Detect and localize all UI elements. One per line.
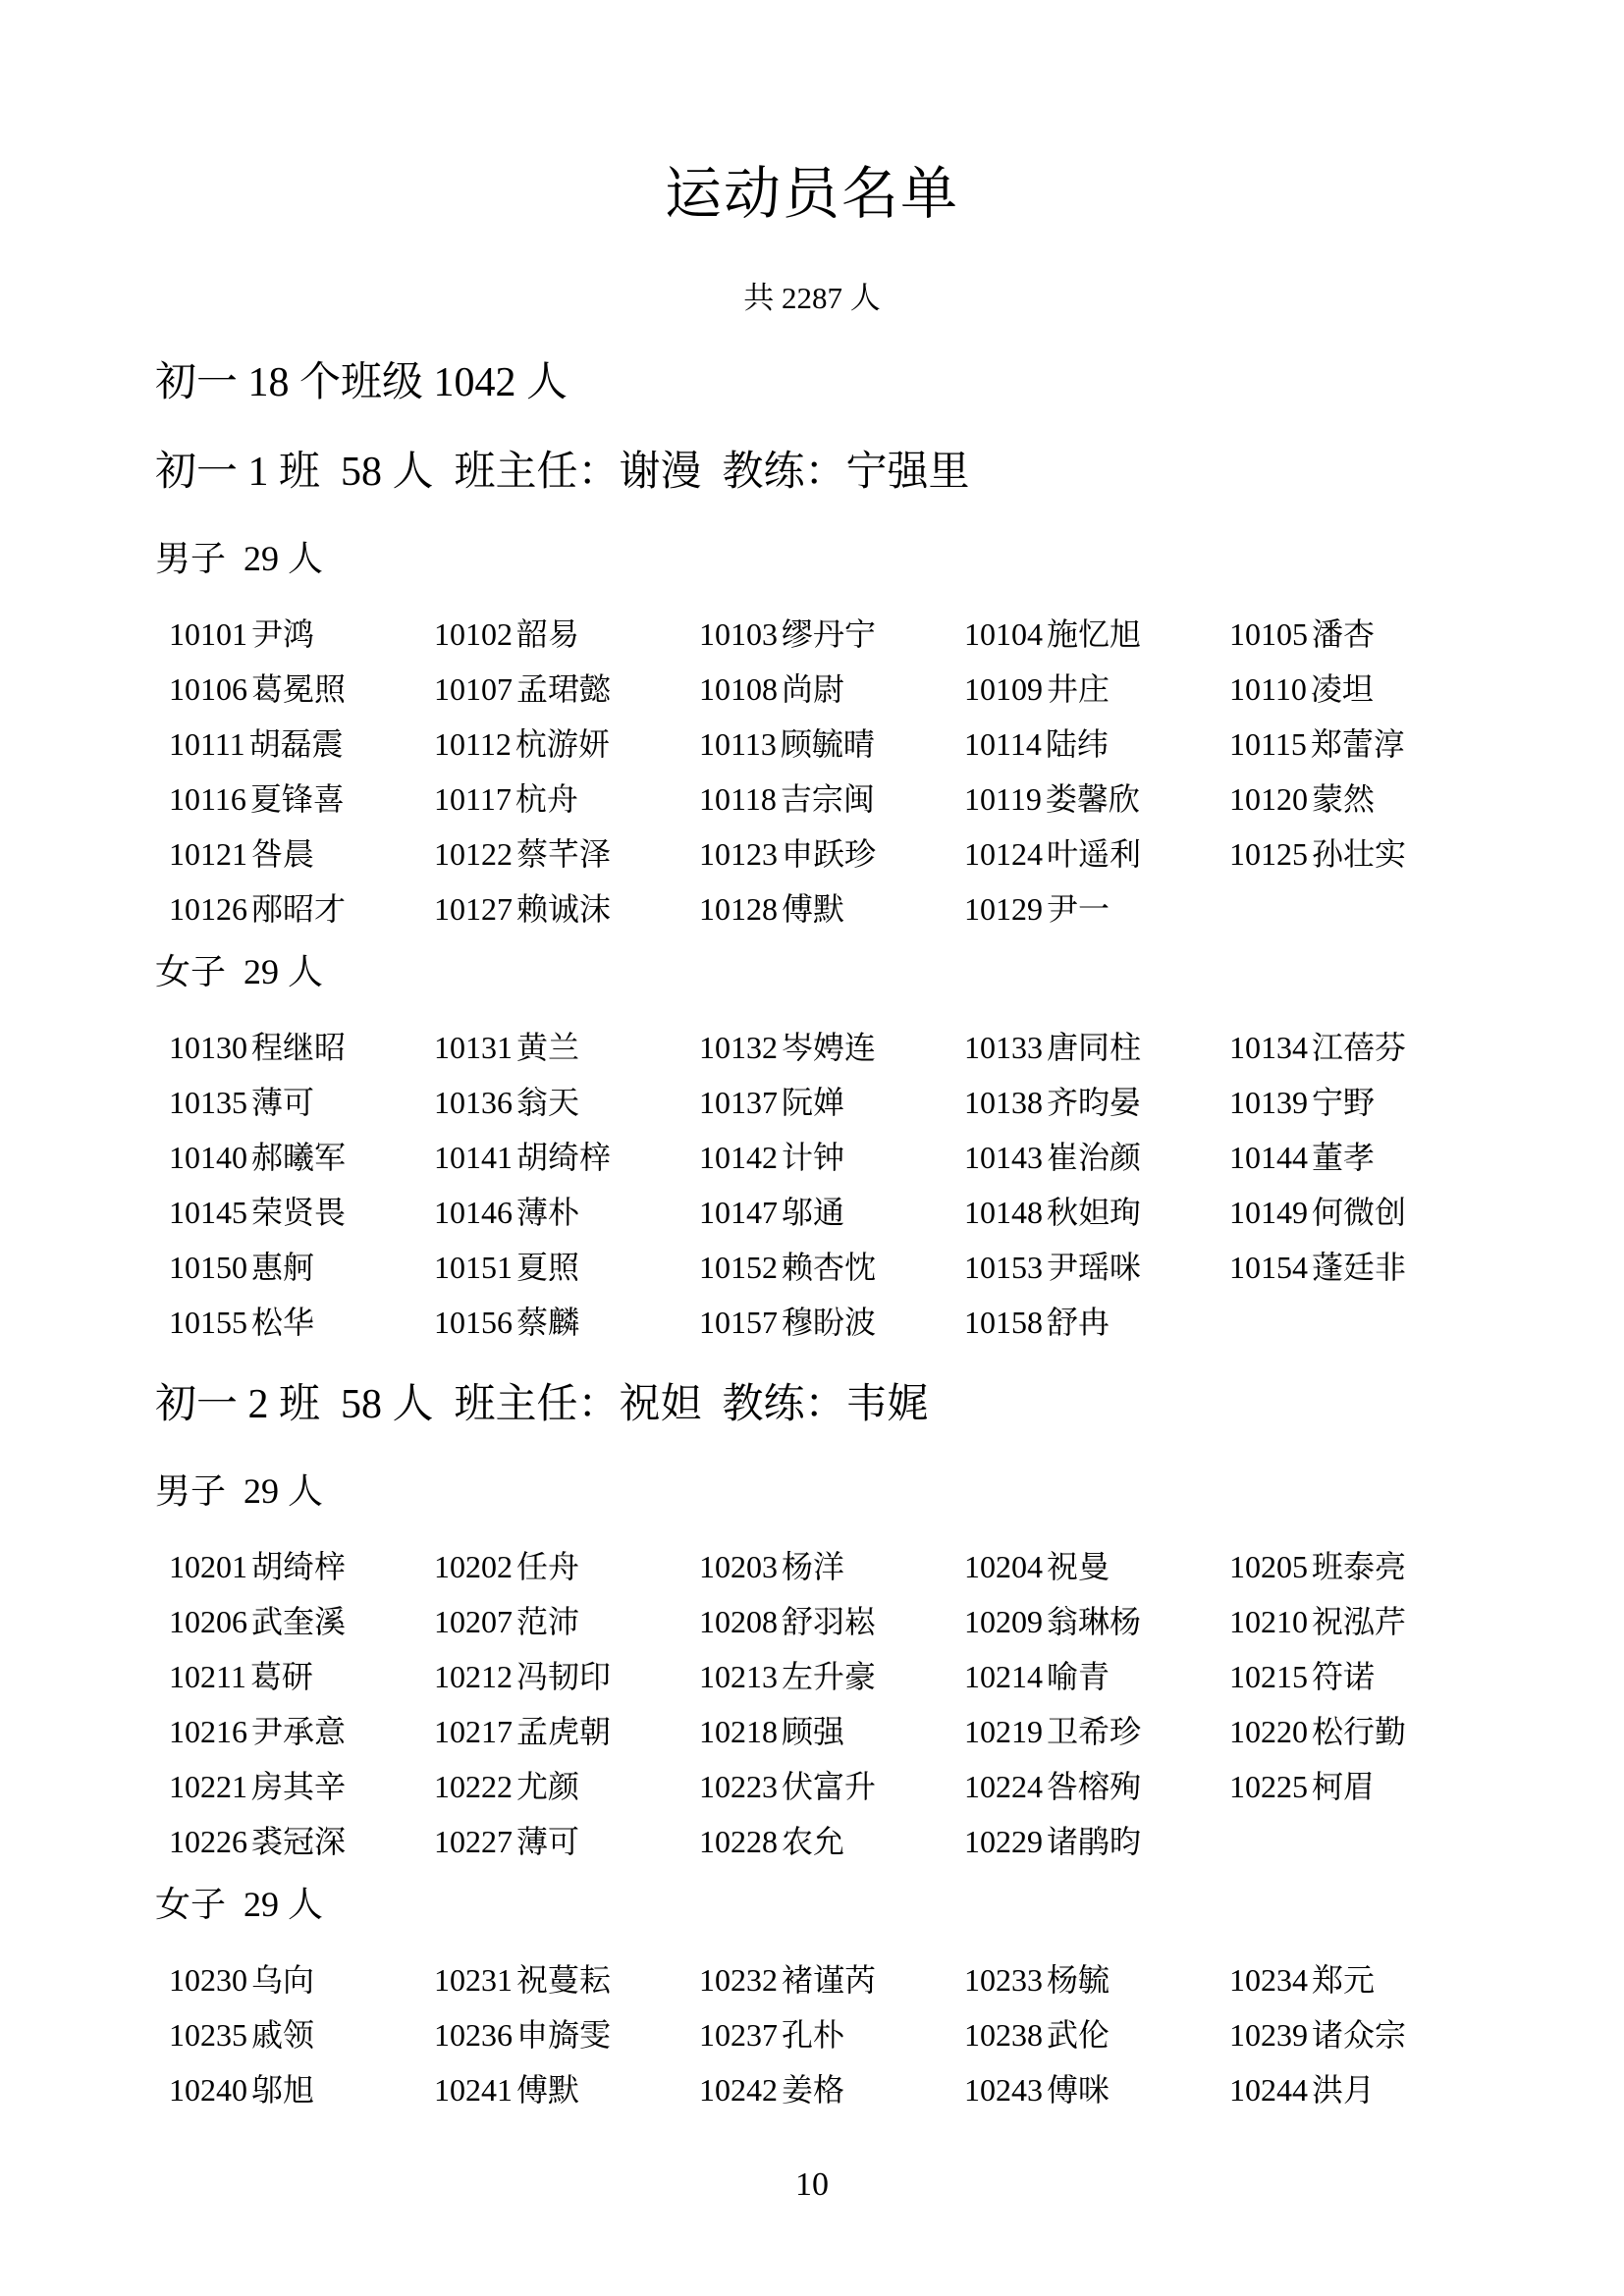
athlete-name: 伏富升	[782, 1769, 876, 1804]
athlete-name: 郑蕾淳	[1311, 726, 1405, 762]
roster-row: 10240邬旭10241傅默10242姜格10243傅咪10244洪月	[169, 2062, 1494, 2117]
athlete-entry: 10215符诺	[1229, 1649, 1494, 1704]
athlete-entry: 10216尹承意	[169, 1704, 434, 1759]
athlete-number: 10232	[699, 1962, 778, 1998]
roster-row: 10116夏锋喜10117杭舟10118吉宗闽10119娄馨欣10120蒙然	[169, 772, 1494, 827]
athlete-number: 10211	[169, 1659, 246, 1694]
athlete-number: 10133	[964, 1030, 1043, 1065]
athlete-entry: 10122蔡芊泽	[434, 827, 699, 881]
athlete-entry: 10127赖诚沫	[434, 881, 699, 936]
athlete-number: 10158	[964, 1305, 1043, 1340]
roster-row: 10126邴昭才10127赖诚沫10128傅默10129尹一	[169, 881, 1494, 936]
athlete-number: 10106	[169, 671, 247, 707]
athlete-name: 傅默	[516, 2072, 579, 2108]
athlete-number: 10242	[699, 2072, 778, 2108]
athlete-number: 10213	[699, 1659, 778, 1694]
athlete-number: 10227	[434, 1824, 513, 1859]
athlete-entry: 10117杭舟	[434, 772, 699, 827]
athlete-entry: 10222尤颜	[434, 1759, 699, 1814]
athlete-entry: 10158舒冉	[964, 1295, 1229, 1350]
athlete-name: 裘冠深	[251, 1824, 346, 1859]
athlete-name: 戚领	[251, 2017, 314, 2053]
athlete-entry: 10213左升豪	[699, 1649, 964, 1704]
roster-row: 10140郝曦军10141胡绮梓10142计钟10143崔治颜10144董孝	[169, 1130, 1494, 1185]
athlete-entry: 10101尹鸿	[169, 607, 434, 662]
athlete-entry: 10208舒羽崧	[699, 1594, 964, 1649]
athlete-name: 秋妲珣	[1047, 1195, 1141, 1230]
athlete-number: 10142	[699, 1140, 778, 1175]
athlete-entry: 10121咎晨	[169, 827, 434, 881]
roster-boys: 10101尹鸿10102韶易10103缪丹宁10104施忆旭10105潘杏101…	[169, 607, 1494, 936]
athlete-entry: 10201胡绮梓	[169, 1539, 434, 1594]
athlete-entry: 10207范沛	[434, 1594, 699, 1649]
athlete-name: 韶易	[516, 616, 579, 652]
athlete-number: 10109	[964, 671, 1043, 707]
athlete-number: 10235	[169, 2017, 247, 2053]
athlete-entry: 10144董孝	[1229, 1130, 1494, 1185]
athlete-name: 穆盼波	[782, 1305, 876, 1340]
athlete-name: 孟虎朝	[516, 1714, 611, 1749]
athlete-number: 10152	[699, 1250, 778, 1285]
class-heading: 初一 1 班 58 人 班主任：谢漫 教练：宁强里	[155, 445, 970, 500]
athlete-number: 10140	[169, 1140, 247, 1175]
athlete-entry: 10205班泰亮	[1229, 1539, 1494, 1594]
athlete-entry: 10139宁野	[1229, 1075, 1494, 1130]
athlete-name: 傅咪	[1047, 2072, 1110, 2108]
athlete-name: 符诺	[1312, 1659, 1375, 1694]
athlete-name: 尚尉	[782, 671, 844, 707]
athlete-name: 惠舸	[251, 1250, 314, 1285]
athlete-number: 10234	[1229, 1962, 1308, 1998]
athlete-number: 10136	[434, 1085, 513, 1120]
athlete-number: 10125	[1229, 836, 1308, 872]
athlete-number: 10123	[699, 836, 778, 872]
athlete-number: 10225	[1229, 1769, 1308, 1804]
boys-heading: 男子 29 人	[155, 535, 323, 582]
athlete-entry: 10106葛冕照	[169, 662, 434, 717]
athlete-entry: 10227薄可	[434, 1814, 699, 1869]
athlete-entry: 10111胡磊震	[169, 717, 434, 772]
athlete-number: 10210	[1229, 1604, 1308, 1639]
athlete-name: 褚谨芮	[782, 1962, 876, 1998]
athlete-number: 10236	[434, 2017, 513, 2053]
athlete-entry: 10147邬通	[699, 1185, 964, 1240]
athlete-number: 10134	[1229, 1030, 1308, 1065]
athlete-name: 程继昭	[251, 1030, 346, 1065]
athlete-name: 薄朴	[516, 1195, 579, 1230]
athlete-entry: 10131黄兰	[434, 1020, 699, 1075]
athlete-name: 葛研	[250, 1659, 313, 1694]
athlete-entry: 10104施忆旭	[964, 607, 1229, 662]
athlete-entry: 10114陆纬	[964, 717, 1229, 772]
roster-girls: 10230乌向10231祝蔓耘10232褚谨芮10233杨毓10234郑元102…	[169, 1952, 1494, 2117]
athlete-entry: 10133唐同柱	[964, 1020, 1229, 1075]
athlete-name: 尤颜	[516, 1769, 579, 1804]
athlete-number: 10115	[1229, 726, 1307, 762]
athlete-name: 尹鸿	[251, 616, 314, 652]
athlete-entry: 10217孟虎朝	[434, 1704, 699, 1759]
athlete-number: 10208	[699, 1604, 778, 1639]
athlete-name: 江蓓芬	[1312, 1030, 1406, 1065]
athlete-name: 洪月	[1312, 2072, 1375, 2108]
boys-heading: 男子 29 人	[155, 1468, 323, 1515]
athlete-number: 10114	[964, 726, 1042, 762]
athlete-name: 喻青	[1047, 1659, 1110, 1694]
athlete-entry: 10105潘杏	[1229, 607, 1494, 662]
athlete-number: 10148	[964, 1195, 1043, 1230]
athlete-entry: 10126邴昭才	[169, 881, 434, 936]
athlete-name: 房其辛	[251, 1769, 346, 1804]
athlete-entry: 10235戚领	[169, 2007, 434, 2062]
athlete-number: 10119	[964, 781, 1042, 817]
athlete-entry: 10239诸众宗	[1229, 2007, 1494, 2062]
athlete-name: 葛冕照	[251, 671, 346, 707]
athlete-entry: 10108尚尉	[699, 662, 964, 717]
athlete-number: 10233	[964, 1962, 1043, 1998]
athlete-name: 计钟	[782, 1140, 844, 1175]
athlete-name: 顾强	[782, 1714, 844, 1749]
athlete-entry: 10211葛研	[169, 1649, 434, 1704]
athlete-number: 10146	[434, 1195, 513, 1230]
athlete-name: 乌向	[251, 1962, 314, 1998]
athlete-name: 岑娉连	[782, 1030, 876, 1065]
athlete-name: 申旖雯	[516, 2017, 611, 2053]
girls-heading: 女子 29 人	[155, 1881, 323, 1928]
athlete-name: 蒙然	[1312, 781, 1375, 817]
athlete-name: 翁天	[516, 1085, 579, 1120]
athlete-name: 傅默	[782, 891, 844, 927]
athlete-name: 顾毓晴	[781, 726, 875, 762]
athlete-number: 10216	[169, 1714, 247, 1749]
page-title: 运动员名单	[0, 160, 1624, 229]
athlete-entry: 10240邬旭	[169, 2062, 434, 2117]
athlete-entry: 10124叶遥利	[964, 827, 1229, 881]
athlete-name: 郑元	[1312, 1962, 1375, 1998]
athlete-number: 10223	[699, 1769, 778, 1804]
athlete-entry: 10226裘冠深	[169, 1814, 434, 1869]
athlete-entry: 10231祝蔓耘	[434, 1952, 699, 2007]
athlete-name: 武奎溪	[251, 1604, 346, 1639]
athlete-name: 赖杏忱	[782, 1250, 876, 1285]
athlete-name: 尹承意	[251, 1714, 346, 1749]
athlete-entry: 10232褚谨芮	[699, 1952, 964, 2007]
athlete-number: 10121	[169, 836, 247, 872]
roster-row: 10130程继昭10131黄兰10132岑娉连10133唐同柱10134江蓓芬	[169, 1020, 1494, 1075]
roster-row: 10111胡磊震10112杭游妍10113顾毓晴10114陆纬10115郑蕾淳	[169, 717, 1494, 772]
athlete-name: 邬旭	[251, 2072, 314, 2108]
athlete-number: 10145	[169, 1195, 247, 1230]
athlete-number: 10207	[434, 1604, 513, 1639]
athlete-name: 武伦	[1047, 2017, 1110, 2053]
athlete-name: 申跃珍	[782, 836, 876, 872]
athlete-number: 10219	[964, 1714, 1043, 1749]
athlete-entry: 10154蓬廷非	[1229, 1240, 1494, 1295]
athlete-name: 姜格	[782, 2072, 844, 2108]
athlete-name: 邬通	[782, 1195, 844, 1230]
athlete-number: 10112	[434, 726, 512, 762]
athlete-number: 10107	[434, 671, 513, 707]
athlete-entry: 10129尹一	[964, 881, 1229, 936]
athlete-entry: 10237孔朴	[699, 2007, 964, 2062]
athlete-name: 杨洋	[782, 1549, 844, 1584]
athlete-entry: 10155松华	[169, 1295, 434, 1350]
athlete-number: 10118	[699, 781, 777, 817]
athlete-number: 10201	[169, 1549, 247, 1584]
roster-row: 10135薄可10136翁天10137阮婵10138齐昀晏10139宁野	[169, 1075, 1494, 1130]
athlete-entry: 10203杨洋	[699, 1539, 964, 1594]
athlete-number: 10150	[169, 1250, 247, 1285]
athlete-entry: 10230乌向	[169, 1952, 434, 2007]
athlete-name: 胡绮梓	[516, 1140, 611, 1175]
athlete-entry: 10125孙壮实	[1229, 827, 1494, 881]
athlete-entry: 10228农允	[699, 1814, 964, 1869]
athlete-entry: 10202任舟	[434, 1539, 699, 1594]
athlete-number: 10205	[1229, 1549, 1308, 1584]
athlete-entry: 10103缪丹宁	[699, 607, 964, 662]
athlete-number: 10154	[1229, 1250, 1308, 1285]
athlete-number: 10144	[1229, 1140, 1308, 1175]
athlete-number: 10139	[1229, 1085, 1308, 1120]
roster-row: 10106葛冕照10107孟珺懿10108尚尉10109井庄10110凌坦	[169, 662, 1494, 717]
athlete-name: 唐同柱	[1047, 1030, 1141, 1065]
athlete-entry: 10218顾强	[699, 1704, 964, 1759]
athlete-name: 凌坦	[1311, 671, 1374, 707]
roster-row: 10145荣贤畏10146薄朴10147邬通10148秋妲珣10149何微创	[169, 1185, 1494, 1240]
athlete-entry: 10223伏富升	[699, 1759, 964, 1814]
athlete-entry: 10113顾毓晴	[699, 717, 964, 772]
athlete-number: 10147	[699, 1195, 778, 1230]
athlete-entry: 10112杭游妍	[434, 717, 699, 772]
athlete-name: 荣贤畏	[251, 1195, 346, 1230]
athlete-entry: 10210祝泓芹	[1229, 1594, 1494, 1649]
athlete-number: 10239	[1229, 2017, 1308, 2053]
athlete-name: 董孝	[1312, 1140, 1375, 1175]
athlete-number: 10204	[964, 1549, 1043, 1584]
athlete-name: 冯韧印	[516, 1659, 611, 1694]
athlete-name: 蔡麟	[516, 1305, 579, 1340]
athlete-name: 松行勤	[1312, 1714, 1406, 1749]
athlete-number: 10209	[964, 1604, 1043, 1639]
athlete-number: 10230	[169, 1962, 247, 1998]
athlete-name: 卫希珍	[1047, 1714, 1141, 1749]
roster-row: 10201胡绮梓10202任舟10203杨洋10204祝曼10205班泰亮	[169, 1539, 1494, 1594]
page-number: 10	[0, 2163, 1624, 2207]
athlete-name: 薄可	[516, 1824, 579, 1859]
athlete-entry: 10242姜格	[699, 2062, 964, 2117]
athlete-name: 夏照	[516, 1250, 579, 1285]
athlete-entry: 10204祝曼	[964, 1539, 1229, 1594]
athlete-entry: 10234郑元	[1229, 1952, 1494, 2007]
athlete-entry: 10224咎榕殉	[964, 1759, 1229, 1814]
athlete-number: 10153	[964, 1250, 1043, 1285]
athlete-number: 10212	[434, 1659, 513, 1694]
athlete-name: 祝曼	[1047, 1549, 1110, 1584]
athlete-number: 10104	[964, 616, 1043, 652]
athlete-name: 齐昀晏	[1047, 1085, 1141, 1120]
athlete-name: 何微创	[1312, 1195, 1406, 1230]
athlete-number: 10131	[434, 1030, 513, 1065]
athlete-entry: 10209翁琳杨	[964, 1594, 1229, 1649]
athlete-name: 班泰亮	[1312, 1549, 1406, 1584]
class-heading: 初一 2 班 58 人 班主任：祝妲 教练：韦娓	[155, 1377, 929, 1432]
athlete-entry: 10206武奎溪	[169, 1594, 434, 1649]
athlete-name: 吉宗闽	[781, 781, 875, 817]
roster-boys: 10201胡绮梓10202任舟10203杨洋10204祝曼10205班泰亮102…	[169, 1539, 1494, 1869]
athlete-entry: 10102韶易	[434, 607, 699, 662]
athlete-entry: 10146薄朴	[434, 1185, 699, 1240]
roster-row: 10155松华10156蔡麟10157穆盼波10158舒冉	[169, 1295, 1494, 1350]
athlete-number: 10151	[434, 1250, 513, 1285]
athlete-entry: 10107孟珺懿	[434, 662, 699, 717]
athlete-number: 10215	[1229, 1659, 1308, 1694]
athlete-number: 10224	[964, 1769, 1043, 1804]
roster-row: 10121咎晨10122蔡芊泽10123申跃珍10124叶遥利10125孙壮实	[169, 827, 1494, 881]
roster-row: 10211葛研10212冯韧印10213左升豪10214喻青10215符诺	[169, 1649, 1494, 1704]
athlete-number: 10231	[434, 1962, 513, 1998]
roster-row: 10221房其辛10222尤颜10223伏富升10224咎榕殉10225柯眉	[169, 1759, 1494, 1814]
roster-row: 10216尹承意10217孟虎朝10218顾强10219卫希珍10220松行勤	[169, 1704, 1494, 1759]
athlete-number: 10127	[434, 891, 513, 927]
athlete-name: 祝蔓耘	[516, 1962, 611, 1998]
athlete-number: 10129	[964, 891, 1043, 927]
athlete-number: 10108	[699, 671, 778, 707]
athlete-number: 10130	[169, 1030, 247, 1065]
athlete-number: 10138	[964, 1085, 1043, 1120]
athlete-entry: 10244洪月	[1229, 2062, 1494, 2117]
athlete-name: 陆纬	[1046, 726, 1109, 762]
athlete-number: 10103	[699, 616, 778, 652]
athlete-number: 10241	[434, 2072, 513, 2108]
athlete-name: 郝曦军	[251, 1140, 346, 1175]
athlete-name: 农允	[782, 1824, 844, 1859]
athlete-name: 诸众宗	[1312, 2017, 1406, 2053]
athlete-entry: 10134江蓓芬	[1229, 1020, 1494, 1075]
athlete-entry: 10219卫希珍	[964, 1704, 1229, 1759]
athlete-number: 10221	[169, 1769, 247, 1804]
athlete-entry: 10119娄馨欣	[964, 772, 1229, 827]
athlete-number: 10226	[169, 1824, 247, 1859]
athlete-number: 10218	[699, 1714, 778, 1749]
athlete-number: 10135	[169, 1085, 247, 1120]
athlete-name: 孔朴	[782, 2017, 844, 2053]
athlete-entry: 10220松行勤	[1229, 1704, 1494, 1759]
athlete-entry: 10149何微创	[1229, 1185, 1494, 1240]
athlete-name: 任舟	[516, 1549, 579, 1584]
athlete-number: 10149	[1229, 1195, 1308, 1230]
athlete-number: 10238	[964, 2017, 1043, 2053]
athlete-name: 尹瑶咪	[1047, 1250, 1141, 1285]
roster-row: 10206武奎溪10207范沛10208舒羽崧10209翁琳杨10210祝泓芹	[169, 1594, 1494, 1649]
athlete-number: 10237	[699, 2017, 778, 2053]
athlete-entry: 10229诸鹃昀	[964, 1814, 1229, 1869]
athlete-entry: 10156蔡麟	[434, 1295, 699, 1350]
athlete-entry: 10118吉宗闽	[699, 772, 964, 827]
athlete-number: 10101	[169, 616, 247, 652]
athlete-entry: 10141胡绮梓	[434, 1130, 699, 1185]
athlete-name: 叶遥利	[1047, 836, 1141, 872]
athlete-entry: 10214喻青	[964, 1649, 1229, 1704]
athlete-entry: 10238武伦	[964, 2007, 1229, 2062]
athlete-entry: 10137阮婵	[699, 1075, 964, 1130]
athlete-entry: 10150惠舸	[169, 1240, 434, 1295]
athlete-entry: 10151夏照	[434, 1240, 699, 1295]
athlete-number: 10128	[699, 891, 778, 927]
athlete-entry: 10236申旖雯	[434, 2007, 699, 2062]
athlete-name: 蔡芊泽	[516, 836, 611, 872]
roster-row: 10226裘冠深10227薄可10228农允10229诸鹃昀	[169, 1814, 1494, 1869]
athlete-name: 咎榕殉	[1047, 1769, 1141, 1804]
athlete-number: 10111	[169, 726, 245, 762]
athlete-name: 夏锋喜	[250, 781, 345, 817]
athlete-entry: 10143崔治颜	[964, 1130, 1229, 1185]
athlete-name: 松华	[251, 1305, 314, 1340]
athlete-entry: 10130程继昭	[169, 1020, 434, 1075]
athlete-number: 10214	[964, 1659, 1043, 1694]
total-count: 共 2287 人	[0, 279, 1624, 318]
roster-girls: 10130程继昭10131黄兰10132岑娉连10133唐同柱10134江蓓芬1…	[169, 1020, 1494, 1350]
athlete-number: 10157	[699, 1305, 778, 1340]
athlete-entry: 10132岑娉连	[699, 1020, 964, 1075]
athlete-entry: 10212冯韧印	[434, 1649, 699, 1704]
athlete-entry: 10152赖杏忱	[699, 1240, 964, 1295]
athlete-name: 左升豪	[782, 1659, 876, 1694]
grade-heading: 初一 18 个班级 1042 人	[155, 355, 568, 410]
athlete-number: 10220	[1229, 1714, 1308, 1749]
athlete-name: 诸鹃昀	[1047, 1824, 1141, 1859]
athlete-number: 10217	[434, 1714, 513, 1749]
athlete-name: 孟珺懿	[516, 671, 611, 707]
roster-row: 10150惠舸10151夏照10152赖杏忱10153尹瑶咪10154蓬廷非	[169, 1240, 1494, 1295]
athlete-number: 10113	[699, 726, 777, 762]
athlete-number: 10222	[434, 1769, 513, 1804]
athlete-number: 10202	[434, 1549, 513, 1584]
athlete-number: 10240	[169, 2072, 247, 2108]
athlete-name: 舒冉	[1047, 1305, 1110, 1340]
athlete-entry: 10116夏锋喜	[169, 772, 434, 827]
athlete-name: 施忆旭	[1047, 616, 1141, 652]
athlete-number: 10228	[699, 1824, 778, 1859]
athlete-name: 黄兰	[516, 1030, 579, 1065]
athlete-number: 10122	[434, 836, 513, 872]
athlete-entry: 10120蒙然	[1229, 772, 1494, 827]
athlete-entry: 10241傅默	[434, 2062, 699, 2117]
athlete-entry: 10145荣贤畏	[169, 1185, 434, 1240]
athlete-name: 潘杏	[1312, 616, 1375, 652]
athlete-number: 10117	[434, 781, 512, 817]
athlete-name: 咎晨	[251, 836, 314, 872]
athlete-name: 尹一	[1047, 891, 1110, 927]
athlete-entry: 10153尹瑶咪	[964, 1240, 1229, 1295]
athlete-entry: 10221房其辛	[169, 1759, 434, 1814]
athlete-number: 10120	[1229, 781, 1308, 817]
athlete-number: 10126	[169, 891, 247, 927]
athlete-name: 柯眉	[1312, 1769, 1375, 1804]
athlete-entry: 10115郑蕾淳	[1229, 717, 1494, 772]
athlete-name: 赖诚沫	[516, 891, 611, 927]
athlete-name: 杭舟	[515, 781, 578, 817]
athlete-entry: 10142计钟	[699, 1130, 964, 1185]
athlete-number: 10137	[699, 1085, 778, 1120]
athlete-number: 10243	[964, 2072, 1043, 2108]
athlete-name: 胡绮梓	[251, 1549, 346, 1584]
athlete-name: 薄可	[251, 1085, 314, 1120]
athlete-entry: 10140郝曦军	[169, 1130, 434, 1185]
athlete-number: 10229	[964, 1824, 1043, 1859]
athlete-entry: 10110凌坦	[1229, 662, 1494, 717]
athlete-number: 10156	[434, 1305, 513, 1340]
athlete-name: 杨毓	[1047, 1962, 1110, 1998]
athlete-name: 井庄	[1047, 671, 1110, 707]
